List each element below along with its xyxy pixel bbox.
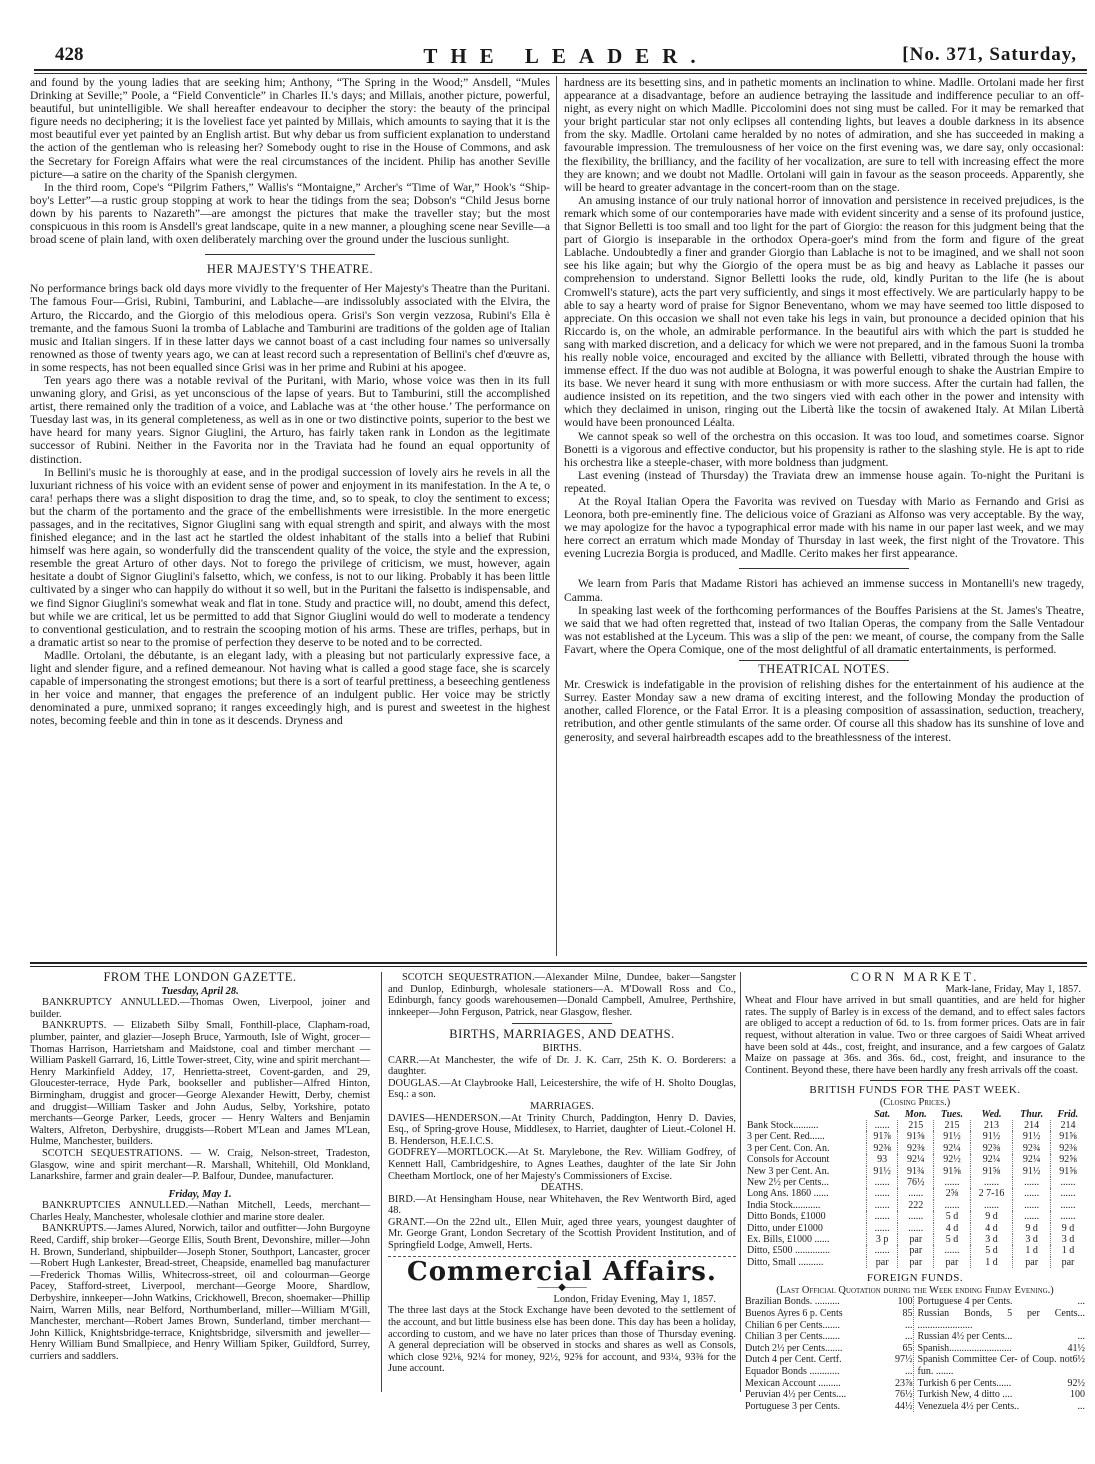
article-paragraph: Last evening (instead of Thursday) the T… <box>564 469 1084 495</box>
fund-name: Spanish......................... <box>918 1343 1012 1355</box>
fund-name: Venezuela 4½ per Cents.. <box>918 1401 1020 1413</box>
section-divider <box>205 254 375 255</box>
table-row: New 2½ per Cents.........76½............… <box>745 1177 1085 1188</box>
column-header: Mon. <box>898 1109 934 1120</box>
fund-price: ...... <box>1050 1177 1085 1188</box>
fund-price: 92¼ <box>934 1143 970 1154</box>
fund-name: Ditto Bonds, £1000 <box>745 1211 867 1222</box>
fund-price: ...... <box>1050 1188 1085 1199</box>
fund-price: ...... <box>1013 1188 1051 1199</box>
fund-price: ...... <box>898 1211 934 1222</box>
table-row: Ditto, under £1000............4 d4 d9 d9… <box>745 1223 1085 1234</box>
fund-price: ...... <box>867 1211 898 1222</box>
fund-price: 214 <box>1013 1120 1051 1131</box>
fund-name: 3 per Cent. Con. An. <box>745 1143 867 1154</box>
fund-price: 91½ <box>1013 1131 1051 1142</box>
fund-price: 91¾ <box>898 1166 934 1177</box>
gazette-entry: BANKRUPTCIES ANNULLED.—Nathan Mitchell, … <box>30 1200 370 1223</box>
fund-price: 100 <box>898 1296 913 1308</box>
fund-price: 9 d <box>970 1211 1013 1222</box>
article-paragraph: We cannot speak so well of the orchestra… <box>564 430 1084 469</box>
fund-name: Equador Bonds ............ <box>745 1366 839 1378</box>
gazette-entry: BANKRUPTCY ANNULLED.—Thomas Owen, Liverp… <box>30 997 370 1020</box>
list-item: Turkish New, 4 ditto ....100 <box>918 1389 1086 1401</box>
list-item: Dutch 2½ per Cents.......65 <box>745 1343 913 1355</box>
section-heading-her-majestys-theatre: HER MAJESTY'S THEATRE. <box>30 263 550 276</box>
column-header: Tues. <box>934 1109 970 1120</box>
fund-price: 92¾ <box>1013 1143 1051 1154</box>
column-header: Frid. <box>1050 1109 1085 1120</box>
fund-name: Spanish Committee Cer- of Coup. not fun.… <box>918 1354 1073 1377</box>
gazette-entry: BANKRUPTS.—James Alured, Norwich, tailor… <box>30 1223 370 1362</box>
fund-price: ...... <box>867 1188 898 1199</box>
fund-price: ...... <box>1013 1211 1051 1222</box>
fund-price: 91½ <box>970 1131 1013 1142</box>
commercial-affairs-heading: Commercial Affairs. <box>388 1267 736 1279</box>
fund-price: 91⅞ <box>867 1131 898 1142</box>
fund-price: 5 d <box>970 1245 1013 1256</box>
section-divider <box>739 660 909 661</box>
section-heading-gazette: FROM THE LONDON GAZETTE. <box>30 972 370 984</box>
table-row: Consols for Account9392¼92½92¼92¼92⅝ <box>745 1154 1085 1165</box>
article-paragraph: Mr. Creswick is indefatigable in the pro… <box>564 678 1084 743</box>
article-paragraph: An amusing instance of our truly nationa… <box>564 194 1084 430</box>
list-item: Portuguese 4 per Cents.... <box>918 1296 1086 1308</box>
fund-price: 215 <box>898 1120 934 1131</box>
article-paragraph: Madlle. Ortolani, the débutante, is an e… <box>30 649 550 728</box>
marriage-entry: DAVIES—HENDERSON.—At Trinity Church, Pad… <box>388 1113 736 1148</box>
article-paragraph: At the Royal Italian Opera the Favorita … <box>564 495 1084 560</box>
column-divider <box>381 972 382 1392</box>
fund-price: 4 d <box>934 1223 970 1234</box>
fund-price: ...... <box>898 1223 934 1234</box>
fund-name: Dutch 2½ per Cents....... <box>745 1343 843 1355</box>
corn-market-text: Wheat and Flour have arrived in but smal… <box>745 995 1085 1076</box>
fund-price: 1 d <box>1050 1245 1085 1256</box>
fund-name: Bank Stock.......... <box>745 1120 867 1131</box>
fund-price: 91½ <box>867 1166 898 1177</box>
foreign-funds-table: Brazilian Bonds. ..........100Buenos Ayr… <box>745 1296 1085 1412</box>
fund-price: 41½ <box>1068 1343 1086 1355</box>
fund-name: Russian Bonds, 5 per Cents .............… <box>918 1308 1078 1331</box>
fund-price: 6½ <box>1073 1354 1086 1377</box>
fund-name: Ex. Bills, £1000 ...... <box>745 1234 867 1245</box>
masthead-rule <box>34 69 1087 74</box>
fund-name: Russian 4½ per Cents... <box>918 1331 1013 1343</box>
table-row: Ditto Bonds, £1000............5 d9 d....… <box>745 1211 1085 1222</box>
fund-name: Ditto, £500 .............. <box>745 1245 867 1256</box>
table-row: Ex. Bills, £1000 ......3 ppar5 d3 d3 d3 … <box>745 1234 1085 1245</box>
fund-price: 92⅜ <box>1050 1143 1085 1154</box>
corn-market-dateline: Mark-lane, Friday, May 1, 1857. <box>745 984 1081 996</box>
fund-price: par <box>898 1245 934 1256</box>
section-heading-foreign-funds: FOREIGN FUNDS. <box>745 1273 1085 1285</box>
article-paragraph: Ten years ago there was a notable reviva… <box>30 374 550 466</box>
table-row: Long Ans. 1860 ..................2⅝2 7-1… <box>745 1188 1085 1199</box>
fund-price: 3 d <box>1013 1234 1051 1245</box>
fund-price: 4 d <box>970 1223 1013 1234</box>
birth-entry: DOUGLAS.—At Claybrooke Hall, Leicestersh… <box>388 1078 736 1101</box>
marriages-heading: MARRIAGES. <box>388 1101 736 1113</box>
scotch-sequestration: SCOTCH SEQUESTRATION.—Alexander Milne, D… <box>388 972 736 1018</box>
list-item: Equador Bonds ............... <box>745 1366 913 1378</box>
section-heading-bmd: BIRTHS, MARRIAGES, AND DEATHS. <box>388 1029 736 1041</box>
fund-price: 222 <box>898 1200 934 1211</box>
commercial-text: The three last days at the Stock Exchang… <box>388 1305 736 1375</box>
fund-price: ...... <box>934 1200 970 1211</box>
table-row: 3 per Cent. Con. An.92⅜92⅜92¼92⅜92¾92⅜ <box>745 1143 1085 1154</box>
list-item: Chilian 3 per Cents.......... <box>745 1331 913 1343</box>
fund-price: 91½ <box>1013 1166 1051 1177</box>
fund-price: ... <box>1078 1296 1086 1308</box>
death-entry: BIRD.—At Hensingham House, near Whitehav… <box>388 1194 736 1217</box>
fund-price: 44½ <box>895 1401 913 1413</box>
table-row: 3 per Cent. Red......91⅞91⅝91½91½91½91⅝ <box>745 1131 1085 1142</box>
section-heading-corn-market: CORN MARKET. <box>745 972 1085 984</box>
fund-price: 92¼ <box>898 1154 934 1165</box>
left-column: and found by the young ladies that are s… <box>30 76 550 728</box>
section-divider <box>512 1023 612 1024</box>
gazette-column: FROM THE LONDON GAZETTE. Tuesday, April … <box>30 972 370 1363</box>
fund-name: Brazilian Bonds. .......... <box>745 1296 840 1308</box>
fund-price: 93 <box>867 1154 898 1165</box>
article-paragraph: hardness are its besetting sins, and in … <box>564 76 1084 194</box>
fund-price: 213 <box>970 1120 1013 1131</box>
fund-price: 92⅝ <box>1050 1154 1085 1165</box>
foreign-funds-right: Portuguese 4 per Cents....Russian Bonds,… <box>913 1296 1086 1412</box>
table-row: Ditto, £500 ....................par.....… <box>745 1245 1085 1256</box>
art-review-paragraph: and found by the young ladies that are s… <box>30 76 550 181</box>
list-item: Russian 4½ per Cents...... <box>918 1331 1086 1343</box>
fund-price: 85 <box>903 1308 913 1320</box>
list-item: Venezuela 4½ per Cents..... <box>918 1401 1086 1413</box>
fund-name: Chilian 3 per Cents....... <box>745 1331 840 1343</box>
fund-price: ...... <box>970 1177 1013 1188</box>
fund-price: 3 d <box>1050 1234 1085 1245</box>
fund-price: 97½ <box>895 1354 913 1366</box>
fund-name: Dutch 4 per Cent. Certf. <box>745 1354 842 1366</box>
fund-price: ...... <box>1013 1200 1051 1211</box>
fund-price: 76½ <box>898 1177 934 1188</box>
fund-price: 214 <box>1050 1120 1085 1131</box>
fund-price: 92⅜ <box>970 1143 1013 1154</box>
fund-price: ... <box>1078 1308 1086 1331</box>
article-paragraph: In Bellini's music he is thoroughly at e… <box>30 466 550 649</box>
article-paragraph: We learn from Paris that Madame Ristori … <box>564 577 1084 603</box>
fund-name: Ditto, under £1000 <box>745 1223 867 1234</box>
fund-price: ...... <box>934 1177 970 1188</box>
fund-price: 1 d <box>1013 1245 1051 1256</box>
list-item: Brazilian Bonds. ..........100 <box>745 1296 913 1308</box>
fund-price: 92¼ <box>1013 1154 1051 1165</box>
british-funds-subheading: (Closing Prices.) <box>745 1097 1085 1109</box>
article-paragraph: In speaking last week of the forthcoming… <box>564 604 1084 656</box>
fund-name: New 2½ per Cents... <box>745 1177 867 1188</box>
deaths-heading: DEATHS. <box>388 1182 736 1194</box>
fund-price: ...... <box>898 1188 934 1199</box>
gazette-entry: BANKRUPTS. — Elizabeth Silby Small, Font… <box>30 1020 370 1148</box>
section-divider <box>870 1080 960 1081</box>
section-heading-british-funds: BRITISH FUNDS FOR THE PAST WEEK. <box>745 1085 1085 1097</box>
fund-price: 76½ <box>895 1389 913 1401</box>
fund-price: 91⅝ <box>970 1166 1013 1177</box>
fund-price: 91⅝ <box>1050 1166 1085 1177</box>
fund-price: 3 p <box>867 1234 898 1245</box>
fund-price: ... <box>905 1366 913 1378</box>
column-header: Sat. <box>867 1109 898 1120</box>
list-item: Russian Bonds, 5 per Cents .............… <box>918 1308 1086 1331</box>
column-divider <box>556 76 557 956</box>
fund-price: 5 d <box>934 1211 970 1222</box>
section-heading-theatrical-notes: THEATRICAL NOTES. <box>564 663 1084 676</box>
fund-price: par <box>934 1257 970 1268</box>
art-review-paragraph: In the third room, Cope's “Pilgrim Fathe… <box>30 181 550 246</box>
table-row: Ditto, Small ..........parparpar1 dparpa… <box>745 1257 1085 1268</box>
gazette-date: Tuesday, April 28. <box>30 986 370 998</box>
fund-price: ... <box>1078 1401 1086 1413</box>
gazette-entry: SCOTCH SEQUESTRATIONS. — W. Craig, Nelso… <box>30 1148 370 1183</box>
column-divider <box>740 972 741 1392</box>
births-heading: BIRTHS. <box>388 1043 736 1055</box>
foreign-funds-left: Brazilian Bonds. ..........100Buenos Ayr… <box>745 1296 913 1412</box>
gazette-date: Friday, May 1. <box>30 1189 370 1201</box>
fund-price: par <box>898 1257 934 1268</box>
fund-price: 65 <box>903 1343 913 1355</box>
fund-price: ...... <box>867 1177 898 1188</box>
table-row: India Stock.................222.........… <box>745 1200 1085 1211</box>
fund-name: Peruvian 4½ per Cents.... <box>745 1389 846 1401</box>
fund-name: Portuguese 4 per Cents. <box>918 1296 1013 1308</box>
fund-price: ...... <box>867 1223 898 1234</box>
fund-name: Portuguese 3 per Cents. <box>745 1401 840 1413</box>
list-item: Chilian 6 per Cents.......... <box>745 1320 913 1332</box>
fund-price: par <box>1050 1257 1085 1268</box>
list-item: Spanish Committee Cer- of Coup. not fun.… <box>918 1354 1086 1377</box>
markets-column: CORN MARKET. Mark-lane, Friday, May 1, 1… <box>745 972 1085 1412</box>
fund-price: 9 d <box>1013 1223 1051 1234</box>
article-paragraph: No performance brings back old days more… <box>30 282 550 374</box>
fund-price: 91⅝ <box>1050 1131 1085 1142</box>
issue-number: [No. 371, Saturday, <box>902 44 1077 66</box>
fund-price: ...... <box>970 1200 1013 1211</box>
table-header-row: Sat. Mon. Tues. Wed. Thur. Frid. <box>745 1109 1085 1120</box>
list-item: Mexican Account .........23⅞ <box>745 1378 913 1390</box>
fund-price: ... <box>1078 1331 1086 1343</box>
list-item: Spanish.........................41½ <box>918 1343 1086 1355</box>
lower-section-rule <box>30 962 1087 964</box>
birth-entry: CARR.—At Manchester, the wife of Dr. J. … <box>388 1055 736 1078</box>
column-header: Wed. <box>970 1109 1013 1120</box>
fund-price: ... <box>905 1320 913 1332</box>
fund-name: New 3 per Cent. An. <box>745 1166 867 1177</box>
list-item: Buenos Ayres 6 p. Cents85 <box>745 1308 913 1320</box>
fund-price: 100 <box>1070 1389 1085 1401</box>
fund-price: ...... <box>867 1245 898 1256</box>
british-funds-table: Sat. Mon. Tues. Wed. Thur. Frid. Bank St… <box>745 1109 1085 1269</box>
table-row: New 3 per Cent. An.91½91¾91⅝91⅝91½91⅝ <box>745 1166 1085 1177</box>
foreign-funds-subheading: (Last Official Quotation during the Week… <box>745 1285 1085 1297</box>
fund-price: ...... <box>867 1120 898 1131</box>
fund-name: India Stock........... <box>745 1200 867 1211</box>
fund-price: 2⅝ <box>934 1188 970 1199</box>
fund-price: 9 d <box>1050 1223 1085 1234</box>
list-item: Portuguese 3 per Cents.44½ <box>745 1401 913 1413</box>
fund-price: 92½ <box>934 1154 970 1165</box>
fund-price: 215 <box>934 1120 970 1131</box>
fund-price: 92⅜ <box>898 1143 934 1154</box>
death-entry: GRANT.—On the 22nd ult., Ellen Muir, age… <box>388 1217 736 1252</box>
middle-column: SCOTCH SEQUESTRATION.—Alexander Milne, D… <box>388 972 736 1375</box>
fund-price: 2 7-16 <box>970 1188 1013 1199</box>
marriage-entry: GODFREY—MORTLOCK.—At St. Marylebone, the… <box>388 1147 736 1182</box>
fund-name: Chilian 6 per Cents....... <box>745 1320 840 1332</box>
fund-price: 91⅝ <box>934 1166 970 1177</box>
fund-price: ...... <box>867 1200 898 1211</box>
fund-price: 92¼ <box>970 1154 1013 1165</box>
list-item: Turkish 6 per Cents......92½ <box>918 1378 1086 1390</box>
fund-price: 91⅝ <box>898 1131 934 1142</box>
fund-name: Consols for Account <box>745 1154 867 1165</box>
column-header <box>745 1109 867 1120</box>
commercial-dateline: London, Friday Evening, May 1, 1857. <box>388 1294 716 1306</box>
fund-name: Mexican Account ......... <box>745 1378 841 1390</box>
fund-price: ...... <box>934 1245 970 1256</box>
masthead: 428 THE LEADER. [No. 371, Saturday, <box>55 44 1077 66</box>
fund-price: 5 d <box>934 1234 970 1245</box>
fund-name: Turkish 6 per Cents...... <box>918 1378 1012 1390</box>
fund-price: par <box>1013 1257 1051 1268</box>
fund-price: 1 d <box>970 1257 1013 1268</box>
fund-price: ... <box>905 1331 913 1343</box>
fund-price: ...... <box>1050 1211 1085 1222</box>
fund-price: 23⅞ <box>895 1378 913 1390</box>
fund-price: ...... <box>1013 1177 1051 1188</box>
list-item: Peruvian 4½ per Cents....76½ <box>745 1389 913 1401</box>
lower-section-rule <box>30 966 1087 967</box>
fund-name: Turkish New, 4 ditto .... <box>918 1389 1013 1401</box>
fund-price: 92⅜ <box>867 1143 898 1154</box>
fund-price: 3 d <box>970 1234 1013 1245</box>
fund-price: 91½ <box>934 1131 970 1142</box>
fund-name: Long Ans. 1860 ...... <box>745 1188 867 1199</box>
section-divider <box>739 568 909 569</box>
column-header: Thur. <box>1013 1109 1051 1120</box>
fund-name: Ditto, Small .......... <box>745 1257 867 1268</box>
list-item: Dutch 4 per Cent. Certf.97½ <box>745 1354 913 1366</box>
fund-name: 3 per Cent. Red...... <box>745 1131 867 1142</box>
fund-price: par <box>867 1257 898 1268</box>
table-row: Bank Stock................21521521321421… <box>745 1120 1085 1131</box>
fund-price: 92½ <box>1068 1378 1086 1390</box>
fund-price: par <box>898 1234 934 1245</box>
fund-price: ...... <box>1050 1200 1085 1211</box>
right-column: hardness are its besetting sins, and in … <box>564 76 1084 744</box>
fund-name: Buenos Ayres 6 p. Cents <box>745 1308 843 1320</box>
